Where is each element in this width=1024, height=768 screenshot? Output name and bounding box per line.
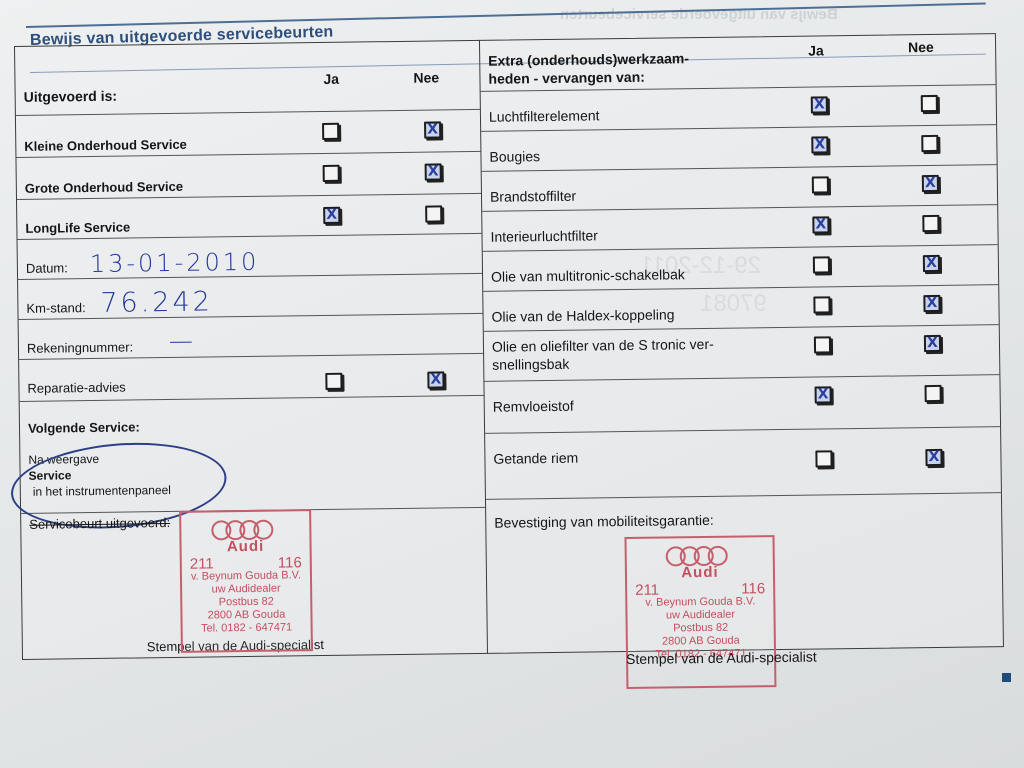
checkbox-item-0-nee[interactable] [921,95,938,112]
extra-item-row: Getande riemX [485,426,1001,499]
service-row: Kleine Onderhoud Service X [16,109,482,158]
checkbox-kleine-nee[interactable]: X [424,121,441,138]
checkbox-item-8-ja[interactable] [815,450,832,467]
checkbox-reparatie-nee[interactable]: X [427,371,444,388]
checkbox-item-5-ja[interactable] [813,296,830,313]
col-nee-right: Nee [908,39,934,55]
stamp-line: v. Beynum Gouda B.V. [627,595,773,610]
checkbox-kleine-ja[interactable] [322,123,339,140]
km-value[interactable]: 76.242 [100,286,213,318]
extra-item-row: RemvloeistofX [484,374,1000,434]
extra-item-row: Olie en oliefilter van de S tronic ver-s… [484,324,1000,382]
document-page: Bewijs van uitgevoerde servicebeurten 29… [0,0,1024,768]
rekening-label: Rekeningnummer: [27,339,133,355]
datum-value[interactable]: 13-01-2010 [90,248,260,278]
mobiliteit-label: Bevestiging van mobiliteitsgarantie: [494,512,714,531]
left-header-row: Uitgevoerd is: Ja Nee [15,41,481,116]
checkbox-item-1-ja[interactable]: X [811,136,828,153]
checkbox-item-2-ja[interactable] [812,176,829,193]
extra-item-label: Getande riem [493,450,578,467]
service-row: Grote Onderhoud Service X [16,151,482,200]
reparatie-label: Reparatie-advies [27,380,125,396]
checkbox-reparatie-ja[interactable] [325,373,342,390]
checkbox-item-8-nee[interactable]: X [925,449,942,466]
dealer-stamp-left: Audi 211116 v. Beynum Gouda B.V. uw Audi… [179,509,313,653]
col-ja-left: Ja [323,71,339,87]
service-label: Kleine Onderhoud Service [24,137,187,154]
stamp-num-right: 116 [278,556,302,569]
checkbox-item-4-nee[interactable]: X [923,255,940,272]
checkbox-item-7-ja[interactable]: X [815,386,832,403]
stamp-num-left: 211 [635,584,659,597]
extra-item-label: Olie en oliefilter van de S tronic ver- [492,336,714,355]
checkbox-item-5-nee[interactable]: X [923,295,940,312]
checkbox-item-1-nee[interactable] [921,135,938,152]
extra-item-label-cont: snellingsbak [492,356,569,373]
extra-item-label: Brandstoffilter [490,188,576,205]
extra-item-label: Bougies [489,148,540,165]
right-panel: Extra (onderhouds)werkzaam- heden - verv… [479,33,1004,654]
checkbox-longlife-nee[interactable] [425,205,442,222]
reparatie-row: Reparatie-advies X [19,353,485,402]
extra-item-label: Luchtfilterelement [489,107,600,124]
checkbox-grote-ja[interactable] [323,165,340,182]
rekening-value[interactable]: — [169,327,196,355]
col-nee-left: Nee [413,69,439,85]
servicebeurt-label: Servicebeurt uitgevoerd: [29,515,170,532]
title-rule-top [26,3,986,28]
volgende-label: Volgende Service: [28,419,140,435]
left-panel: Uitgevoerd is: Ja Nee Kleine Onderhoud S… [14,40,488,660]
col-ja-right: Ja [808,42,824,58]
right-header-line2: heden - vervangen van: [488,69,645,87]
audi-rings-icon [627,545,773,567]
km-label: Km-stand: [26,300,85,316]
left-header: Uitgevoerd is: [24,88,118,105]
checkbox-grote-nee[interactable]: X [425,163,442,180]
extra-item-label: Remvloeistof [493,398,574,415]
checkbox-item-7-nee[interactable] [925,385,942,402]
service-label: Grote Onderhoud Service [25,179,183,196]
audi-rings-icon [181,519,309,541]
service-form: Uitgevoerd is: Ja Nee Kleine Onderhoud S… [14,33,1002,658]
stamp-caption-right: Stempel van de Audi-specialist [626,649,817,667]
checkbox-item-4-ja[interactable] [813,256,830,273]
page-marker-square [1002,673,1011,682]
stamp-line: v. Beynum Gouda B.V. [182,569,310,584]
extra-item-label: Olie van multitronic-schakelbak [491,266,685,285]
checkbox-item-3-nee[interactable] [922,215,939,232]
stamp-line: Tel. 0182 - 647471 [183,621,311,636]
service-label: LongLife Service [25,219,130,235]
checkbox-item-6-nee[interactable]: X [924,335,941,352]
right-header-row: Extra (onderhouds)werkzaam- heden - verv… [480,34,996,92]
extra-item-label: Interieurluchtfilter [490,227,598,244]
checkbox-item-0-ja[interactable]: X [811,96,828,113]
stamp-num-right: 116 [741,582,765,595]
checkbox-item-2-nee[interactable]: X [922,175,939,192]
checkbox-item-6-ja[interactable] [814,336,831,353]
extra-item-label: Olie van de Haldex-koppeling [491,306,674,324]
checkbox-longlife-ja[interactable]: X [323,207,340,224]
stamp-num-left: 211 [190,557,214,570]
checkbox-item-3-ja[interactable]: X [812,216,829,233]
datum-label: Datum: [26,260,68,276]
right-header-line1: Extra (onderhouds)werkzaam- [488,50,689,69]
